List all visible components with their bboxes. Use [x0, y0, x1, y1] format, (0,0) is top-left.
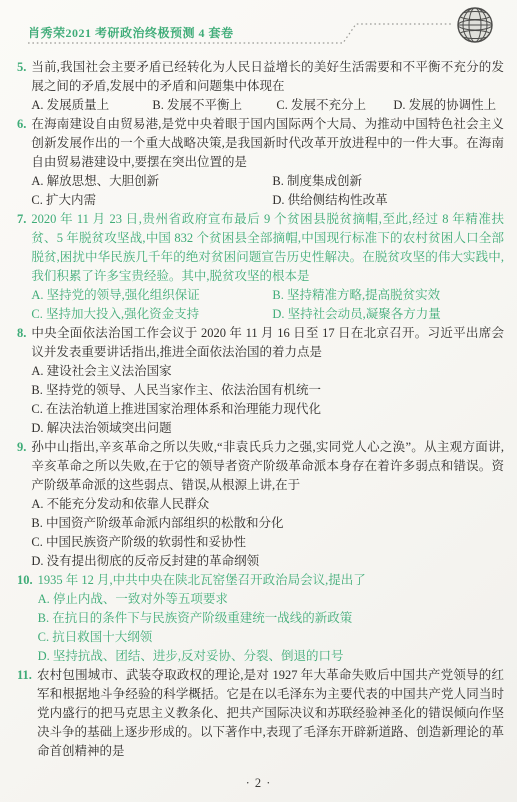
- question-body: 当前,我国社会主要矛盾已经转化为人民日益增长的美好生活需要和不平衡不充分的发展之…: [31, 58, 504, 115]
- option-item: C. 抗日救国十大纲领: [38, 628, 504, 647]
- option-label: D.: [31, 554, 43, 568]
- option-label: C.: [31, 307, 42, 321]
- option-text: 解决法治领域突出问题: [47, 421, 172, 435]
- option-label: A.: [31, 98, 43, 112]
- question-body: 1935 年 12 月,中共中央在陕北瓦窑堡召开政治局会议,提出了 A. 停止内…: [38, 571, 504, 666]
- page-number: · 2 ·: [246, 776, 272, 790]
- option-item: A. 停止内战、一致对外等五项要求: [38, 590, 504, 609]
- option-item: B. 中国资产阶级革命派内部组织的松散和分化: [31, 514, 504, 533]
- question-number: 7.: [17, 210, 31, 324]
- option-text: 坚持抗战、团结、进步,反对妥协、分裂、倒退的口号: [53, 649, 344, 663]
- question-stem: 1935 年 12 月,中共中央在陕北瓦窑堡召开政治局会议,提出了: [38, 571, 504, 590]
- question-body: 在海南建设自由贸易港,是党中央着眼于国内国际两个大局、为推动中国特色社会主义创新…: [31, 115, 504, 210]
- option-text: 坚持党的领导,强化组织保证: [47, 288, 200, 302]
- option-text: 在法治轨道上推进国家治理体系和治理能力现代化: [46, 402, 321, 416]
- option-text: 停止内战、一致对外等五项要求: [53, 592, 228, 606]
- option-text: 坚持社会动员,凝聚各方力量: [288, 307, 441, 321]
- option-label: B.: [272, 174, 283, 188]
- option-label: C.: [31, 535, 42, 549]
- option-text: 发展质量上: [47, 98, 110, 112]
- option-text: 中国资产阶级革命派内部组织的松散和分化: [46, 516, 284, 530]
- questions-list: 5. 当前,我国社会主要矛盾已经转化为人民日益增长的美好生活需要和不平衡不充分的…: [17, 58, 504, 761]
- option-text: 发展不充分上: [291, 98, 366, 112]
- header-title: 肖秀荣2021 考研政治终极预测 4 套卷: [28, 24, 234, 41]
- question-number: 11.: [17, 666, 37, 761]
- option-item: A. 坚持党的领导,强化组织保证: [31, 286, 272, 305]
- question-body: 农村包围城市、武装夺取政权的理论,是对 1927 年大革命失败后中国共产党领导的…: [37, 666, 504, 761]
- option-label: A.: [31, 497, 43, 511]
- option-label: C.: [31, 193, 42, 207]
- question-stem: 当前,我国社会主要矛盾已经转化为人民日益增长的美好生活需要和不平衡不充分的发展之…: [31, 58, 504, 96]
- option-label: A.: [38, 592, 50, 606]
- option-label: B.: [38, 611, 49, 625]
- options: A. 不能充分发动和依靠人民群众B. 中国资产阶级革命派内部组织的松散和分化C.…: [31, 495, 504, 571]
- option-text: 坚持加大投入,强化资金支持: [46, 307, 199, 321]
- question-number: 8.: [17, 324, 31, 438]
- question-body: 中央全面依法治国工作会议于 2020 年 11 月 16 日至 17 日在北京召…: [31, 324, 504, 438]
- option-item: D. 发展的协调性上: [393, 96, 504, 115]
- option-label: A.: [31, 288, 43, 302]
- option-item: B. 坚持精准方略,提高脱贫实效: [272, 286, 504, 305]
- question-item: 11. 农村包围城市、武装夺取政权的理论,是对 1927 年大革命失败后中国共产…: [17, 666, 504, 761]
- question-item: 9. 孙中山指出,辛亥革命之所以失败,“非袁氏兵力之强,实同党人心之涣”。从主观…: [17, 438, 504, 571]
- option-label: B.: [272, 288, 283, 302]
- option-label: C.: [38, 630, 49, 644]
- option-label: D.: [31, 421, 43, 435]
- option-item: C. 扩大内需: [31, 191, 272, 210]
- option-item: D. 坚持抗战、团结、进步,反对妥协、分裂、倒退的口号: [38, 647, 504, 666]
- option-item: A. 建设社会主义法治国家: [31, 362, 504, 381]
- option-item: B. 在抗日的条件下与民族资产阶级重建统一战线的新政策: [38, 609, 504, 628]
- option-text: 坚持党的领导、人民当家作主、依法治国有机统一: [46, 383, 321, 397]
- option-text: 中国民族资产阶级的软弱性和妥协性: [46, 535, 246, 549]
- option-text: 抗日救国十大纲领: [52, 630, 152, 644]
- option-label: B.: [31, 516, 42, 530]
- option-label: B.: [152, 98, 163, 112]
- option-text: 供给侧结构性改革: [288, 193, 388, 207]
- option-text: 制度集成创新: [287, 174, 362, 188]
- option-label: C.: [276, 98, 287, 112]
- question-body: 孙中山指出,辛亥革命之所以失败,“非袁氏兵力之强,实同党人心之涣”。从主观方面讲…: [31, 438, 504, 571]
- options: A. 坚持党的领导,强化组织保证B. 坚持精准方略,提高脱贫实效C. 坚持加大投…: [31, 286, 504, 324]
- option-text: 没有提出彻底的反帝反封建的革命纲领: [47, 554, 260, 568]
- option-item: B. 坚持党的领导、人民当家作主、依法治国有机统一: [31, 381, 504, 400]
- option-text: 不能充分发动和依靠人民群众: [47, 497, 210, 511]
- option-item: D. 坚持社会动员,凝聚各方力量: [272, 305, 504, 324]
- page-footer: · 2 ·: [0, 776, 517, 791]
- question-item: 6. 在海南建设自由贸易港,是党中央着眼于国内国际两个大局、为推动中国特色社会主…: [17, 115, 504, 210]
- option-text: 扩大内需: [46, 193, 96, 207]
- option-text: 坚持精准方略,提高脱贫实效: [287, 288, 440, 302]
- option-label: D.: [272, 193, 284, 207]
- option-label: A.: [31, 364, 43, 378]
- option-item: A. 不能充分发动和依靠人民群众: [31, 495, 504, 514]
- option-item: D. 解决法治领域突出问题: [31, 419, 504, 438]
- option-item: C. 在法治轨道上推进国家治理体系和治理能力现代化: [31, 400, 504, 419]
- option-text: 发展不平衡上: [167, 98, 242, 112]
- question-item: 10. 1935 年 12 月,中共中央在陕北瓦窑堡召开政治局会议,提出了 A.…: [17, 571, 504, 666]
- question-number: 5.: [17, 58, 31, 115]
- question-stem: 在海南建设自由贸易港,是党中央着眼于国内国际两个大局、为推动中国特色社会主义创新…: [31, 115, 504, 172]
- option-item: C. 发展不充分上: [276, 96, 393, 115]
- question-stem: 中央全面依法治国工作会议于 2020 年 11 月 16 日至 17 日在北京召…: [31, 324, 504, 362]
- exam-page: 肖秀荣2021 考研政治终极预测 4 套卷 5. 当前,我国社会主要矛盾已经转化…: [0, 0, 517, 802]
- option-item: C. 中国民族资产阶级的软弱性和妥协性: [31, 533, 504, 552]
- question-stem: 农村包围城市、武装夺取政权的理论,是对 1927 年大革命失败后中国共产党领导的…: [37, 666, 504, 761]
- option-item: B. 发展不平衡上: [152, 96, 276, 115]
- option-item: D. 没有提出彻底的反帝反封建的革命纲领: [31, 552, 504, 571]
- options: A. 发展质量上B. 发展不平衡上C. 发展不充分上D. 发展的协调性上: [31, 96, 504, 115]
- question-body: 2020 年 11 月 23 日,贵州省政府宣布最后 9 个贫困县脱贫摘帽,至此…: [31, 210, 504, 324]
- options: A. 停止内战、一致对外等五项要求B. 在抗日的条件下与民族资产阶级重建统一战线…: [38, 590, 504, 666]
- option-item: A. 解放思想、大胆创新: [31, 172, 272, 191]
- option-text: 解放思想、大胆创新: [47, 174, 160, 188]
- option-text: 建设社会主义法治国家: [47, 364, 172, 378]
- option-label: A.: [31, 174, 43, 188]
- option-label: D.: [272, 307, 284, 321]
- option-text: 在抗日的条件下与民族资产阶级重建统一战线的新政策: [52, 611, 352, 625]
- option-item: C. 坚持加大投入,强化资金支持: [31, 305, 272, 324]
- question-stem: 孙中山指出,辛亥革命之所以失败,“非袁氏兵力之强,实同党人心之涣”。从主观方面讲…: [31, 438, 504, 495]
- question-stem: 2020 年 11 月 23 日,贵州省政府宣布最后 9 个贫困县脱贫摘帽,至此…: [31, 210, 504, 286]
- options: A. 解放思想、大胆创新B. 制度集成创新C. 扩大内需D. 供给侧结构性改革: [31, 172, 504, 210]
- option-label: D.: [38, 649, 50, 663]
- option-label: C.: [31, 402, 42, 416]
- options: A. 建设社会主义法治国家B. 坚持党的领导、人民当家作主、依法治国有机统一C.…: [31, 362, 504, 438]
- option-item: B. 制度集成创新: [272, 172, 504, 191]
- option-item: A. 发展质量上: [31, 96, 152, 115]
- globe-icon: [454, 3, 496, 45]
- question-number: 6.: [17, 115, 31, 210]
- question-item: 5. 当前,我国社会主要矛盾已经转化为人民日益增长的美好生活需要和不平衡不充分的…: [17, 58, 504, 115]
- question-number: 9.: [17, 438, 31, 571]
- option-text: 发展的协调性上: [409, 98, 497, 112]
- question-item: 7. 2020 年 11 月 23 日,贵州省政府宣布最后 9 个贫困县脱贫摘帽…: [17, 210, 504, 324]
- question-number: 10.: [17, 571, 38, 666]
- option-item: D. 供给侧结构性改革: [272, 191, 504, 210]
- option-label: B.: [31, 383, 42, 397]
- question-item: 8. 中央全面依法治国工作会议于 2020 年 11 月 16 日至 17 日在…: [17, 324, 504, 438]
- option-label: D.: [393, 98, 405, 112]
